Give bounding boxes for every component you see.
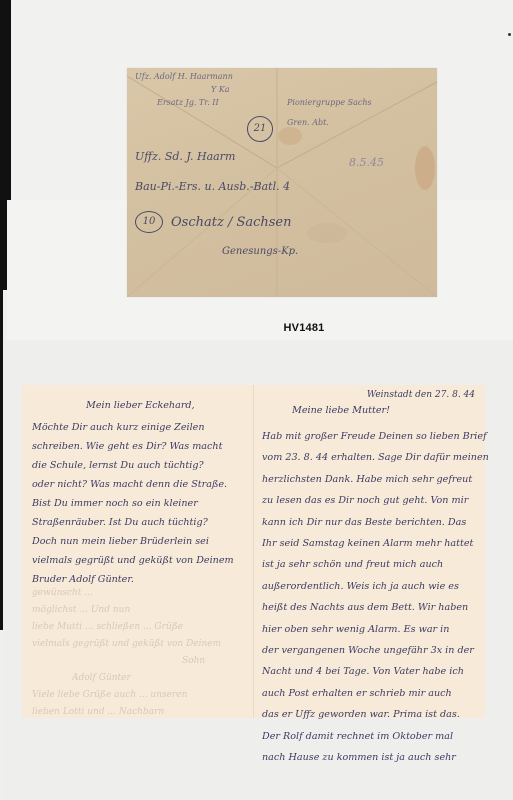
letter-line: Ihr seid Samstag keinen Alarm mehr hatte…: [262, 533, 489, 554]
pencil-date: 8.5.45: [349, 156, 384, 169]
letter-line: oder nicht? Was macht denn die Straße.: [32, 475, 234, 494]
scanner-edge: [0, 200, 7, 290]
letter-line: Möchte Dir auch kurz einige Zeilen: [32, 418, 234, 437]
letter-signature: Bruder Adolf Günter.: [32, 570, 234, 589]
circled-number: 21: [247, 116, 273, 142]
letter-line: nach Hause zu kommen ist ja auch sehr: [262, 747, 489, 768]
letter-line: Bist Du immer noch so ein kleiner: [32, 494, 234, 513]
sender-note: Ersatz Jg. Tr. II: [157, 98, 219, 107]
letter-line: herzlichsten Dank. Habe mich sehr gefreu…: [262, 469, 489, 490]
catalog-id: HV1481: [0, 322, 513, 334]
ghost-line: liebe Mutti ... schließen ... Grüße: [32, 619, 221, 636]
dust-mark: [508, 33, 511, 36]
sender-note: Gren. Abt.: [287, 118, 329, 127]
ghost-line: Sohn: [32, 653, 221, 670]
letter-line: außerordentlich. Weis ich ja auch wie es: [262, 576, 489, 597]
letter-body: Hab mit großer Freude Deinen so lieben B…: [262, 426, 489, 769]
letter-line: schreiben. Wie geht es Dir? Was macht: [32, 437, 234, 456]
letter-line: Straßenräuber. Ist Du auch tüchtig?: [32, 513, 234, 532]
recipient-line: Genesungs-Kp.: [222, 246, 298, 257]
letter-line: der vergangenen Woche ungefähr 3x in der: [262, 640, 489, 661]
letter-line: zu lesen das es Dir noch gut geht. Von m…: [262, 490, 489, 511]
sender-note: Ufz. Adolf H. Haarmann: [135, 72, 233, 81]
ghost-line: Viele liebe Grüße auch ... unseren: [32, 687, 221, 704]
letter-page-left: gewünscht ... möglichst ... Und nun lieb…: [22, 385, 253, 718]
letter-line: das er Uffz geworden war. Prima ist das.: [262, 704, 489, 725]
letter-body: Mein lieber Eckehard, Möchte Dir auch ku…: [32, 396, 234, 589]
letter-page-right: Weinstadt den 27. 8. 44 Meine liebe Mutt…: [254, 385, 485, 718]
scanner-edge: [0, 0, 11, 200]
envelope-back: Ufz. Adolf H. Haarmann Y Ka Ersatz Jg. T…: [127, 68, 437, 297]
postal-code-circle: 10: [135, 211, 163, 233]
recipient-line: Uffz. Sd. J. Haarm: [135, 150, 235, 163]
bleed-through-text: gewünscht ... möglichst ... Und nun lieb…: [32, 585, 221, 721]
recipient-line: Bau-Pi.-Ers. u. Ausb.-Batl. 4: [135, 180, 290, 193]
letter-line: vielmals gegrüßt und geküßt von Deinem: [32, 551, 234, 570]
ghost-line: Adolf Günter: [32, 670, 221, 687]
letter-line: auch Post erhalten er schrieb mir auch: [262, 683, 489, 704]
ghost-line: lieben Lotti und ... Nachbarn: [32, 704, 221, 721]
letter-sheet: gewünscht ... möglichst ... Und nun lieb…: [22, 385, 485, 718]
letter-line: Hab mit großer Freude Deinen so lieben B…: [262, 426, 489, 447]
letter-line: Der Rolf damit rechnet im Oktober mal: [262, 726, 489, 747]
ghost-line: möglichst ... Und nun: [32, 602, 221, 619]
sender-note: Y Ka: [211, 85, 230, 94]
letter-line: die Schule, lernst Du auch tüchtig?: [32, 456, 234, 475]
letter-line: Nacht und 4 bei Tage. Von Vater habe ich: [262, 661, 489, 682]
letter-line: Doch nun mein lieber Brüderlein sei: [32, 532, 234, 551]
letter-line: kann ich Dir nur das Beste berichten. Da…: [262, 512, 489, 533]
letter-line: vom 23. 8. 44 erhalten. Sage Dir dafür m…: [262, 447, 489, 468]
sender-note: Pioniergruppe Sachs: [287, 98, 372, 107]
letter-date: Weinstadt den 27. 8. 44: [367, 390, 475, 400]
ghost-line: vielmals gegrüßt und geküßt von Deinem: [32, 636, 221, 653]
letter-greeting: Meine liebe Mutter!: [292, 405, 390, 416]
recipient-line: Oschatz / Sachsen: [171, 215, 292, 230]
letter-line: hier oben sehr wenig Alarm. Es war in: [262, 619, 489, 640]
letter-line: heißt des Nachts aus dem Bett. Wir haben: [262, 597, 489, 618]
letter-greeting: Mein lieber Eckehard,: [32, 396, 234, 416]
letter-line: ist ja sehr schön und freut mich auch: [262, 554, 489, 575]
